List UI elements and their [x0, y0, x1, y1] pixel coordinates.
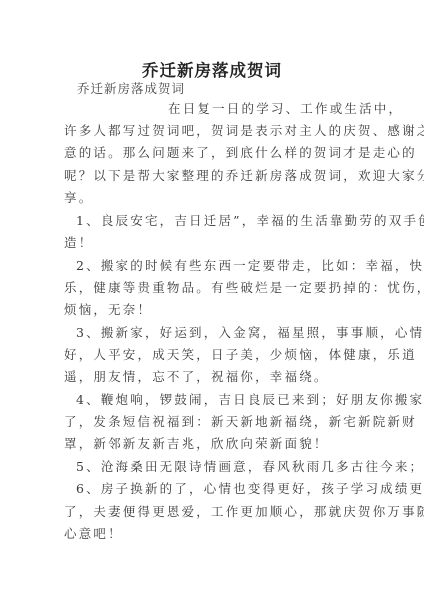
document-subtitle: 乔迁新房落成贺词 — [77, 79, 185, 97]
body-line: 乐，健康等贵重物品。有些破烂是一定要扔掉的：忧伤， — [64, 278, 424, 296]
body-line: 罩，新邻新友新吉兆，欣欣向荣新面貌！ — [64, 434, 329, 452]
body-line: 造！ — [64, 233, 93, 251]
document-title: 乔迁新房落成贺词 — [0, 57, 424, 81]
body-line: 在日复一日的学习、工作或生活中， — [168, 99, 403, 117]
body-line: 烦恼，无奈！ — [64, 300, 152, 318]
body-line: 心意吧！ — [64, 524, 123, 542]
body-line: 了，发条短信祝福到：新天新地新福绕，新宅新院新财 — [64, 412, 417, 430]
list-item-4: 4、鞭炮响，锣鼓闹，吉日良辰已来到；好朋友你搬家 — [76, 390, 424, 408]
body-line: 许多人都写过贺词吧，贺词是表示对主人的庆贺、感谢之 — [64, 121, 424, 139]
body-line: 遥，朋友情，忘不了，祝福你，幸福绕。 — [64, 367, 329, 385]
list-item-5: 5、沧海桑田无限诗情画意，春风秋雨几多古往今来； — [76, 457, 424, 475]
body-line: 享。 — [64, 188, 93, 206]
body-line: 好，人平安，成天笑，日子美，少烦恼，体健康，乐逍 — [64, 345, 417, 363]
list-item-2: 2、搬家的时候有些东西一定要带走，比如：幸福，快 — [76, 256, 424, 274]
list-item-6: 6、房子换新的了，心情也变得更好，孩子学习成绩更高 — [76, 479, 424, 497]
body-line: 了，夫妻便得更恩爱，工作更加顺心，那就庆贺你万事随 — [64, 502, 424, 520]
document-page: 乔迁新房落成贺词 乔迁新房落成贺词 在日复一日的学习、工作或生活中， 许多人都写… — [0, 0, 424, 600]
body-line: 呢？以下是帮大家整理的乔迁新房落成贺词，欢迎大家分 — [64, 166, 424, 184]
list-item-3: 3、搬新家，好运到，入金窝，福星照，事事顺，心情 — [76, 323, 424, 341]
body-line: 意的话。那么问题来了，到底什么样的贺词才是走心的 — [64, 143, 417, 161]
list-item-1: 1、良辰安宅，吉日迁居”，幸福的生活靠勤劳的双手创 — [76, 211, 424, 229]
